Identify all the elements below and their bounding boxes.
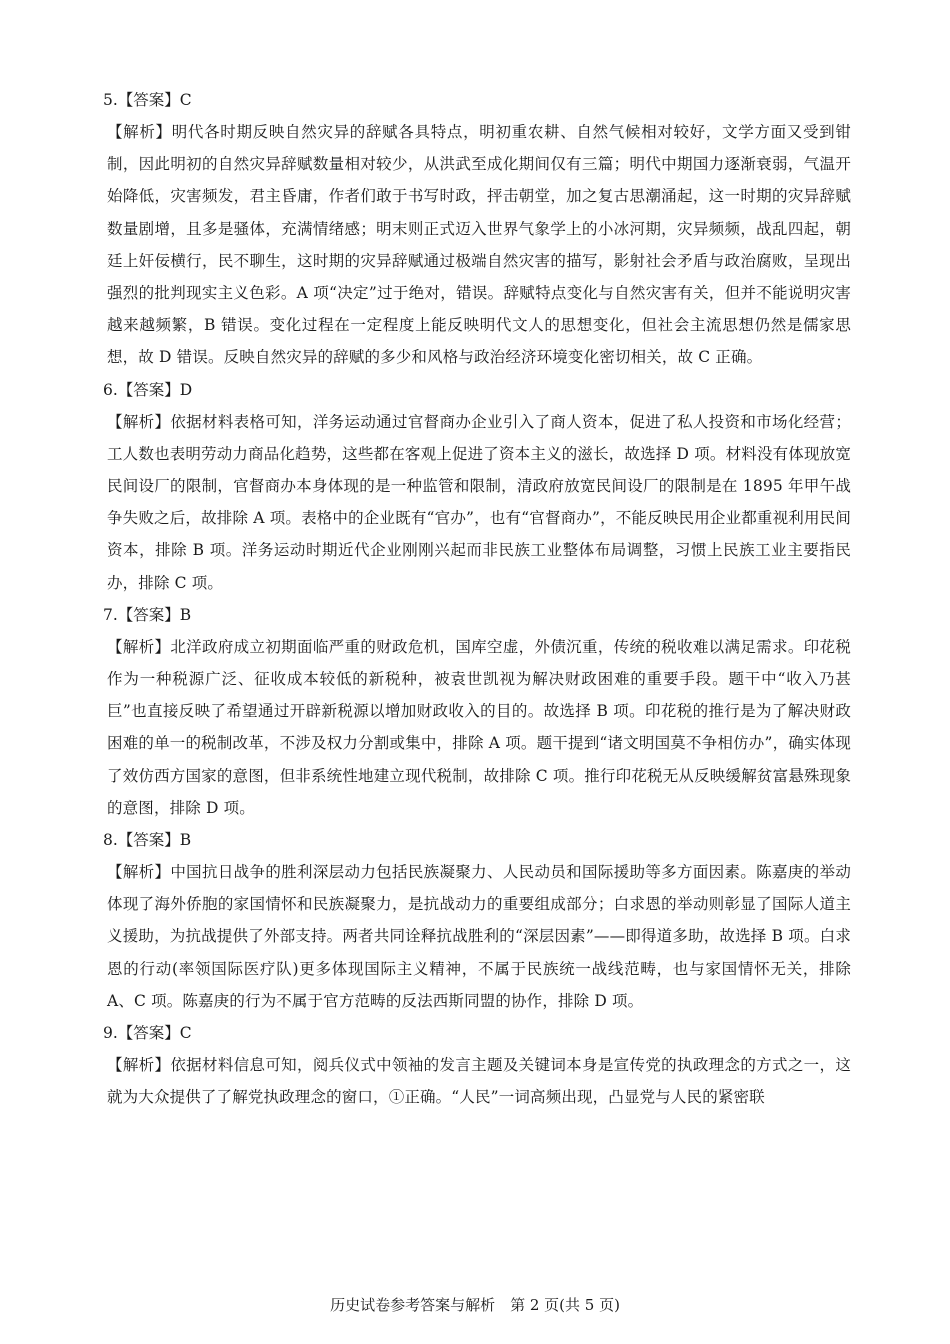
analysis-text: 【解析】明代各时期反映自然灾异的辞赋各具特点，明初重农耕、自然气候相对较好，文学… — [107, 116, 851, 374]
answer-label: 6.【答案】D — [103, 374, 851, 406]
analysis-text: 【解析】依据材料表格可知，洋务运动通过官督商办企业引入了商人资本，促进了私人投资… — [107, 406, 851, 599]
question-6: 6.【答案】D 【解析】依据材料表格可知，洋务运动通过官督商办企业引入了商人资本… — [103, 374, 851, 599]
answer-label: 5.【答案】C — [103, 84, 851, 116]
question-8: 8.【答案】B 【解析】中国抗日战争的胜利深层动力包括民族凝聚力、人民动员和国际… — [103, 824, 851, 1017]
analysis-text: 【解析】依据材料信息可知，阅兵仪式中领袖的发言主题及关键词本身是宣传党的执政理念… — [107, 1049, 851, 1113]
analysis-text: 【解析】中国抗日战争的胜利深层动力包括民族凝聚力、人民动员和国际援助等多方面因素… — [107, 856, 851, 1017]
question-5: 5.【答案】C 【解析】明代各时期反映自然灾异的辞赋各具特点，明初重农耕、自然气… — [103, 84, 851, 374]
answer-key-page: 5.【答案】C 【解析】明代各时期反映自然灾异的辞赋各具特点，明初重农耕、自然气… — [103, 84, 851, 1113]
page-footer: 历史试卷参考答案与解析 第 2 页(共 5 页) — [0, 1294, 950, 1316]
answer-label: 7.【答案】B — [103, 599, 851, 631]
question-9: 9.【答案】C 【解析】依据材料信息可知，阅兵仪式中领袖的发言主题及关键词本身是… — [103, 1017, 851, 1113]
answer-label: 9.【答案】C — [103, 1017, 851, 1049]
question-7: 7.【答案】B 【解析】北洋政府成立初期面临严重的财政危机，国库空虚，外债沉重，… — [103, 599, 851, 824]
answer-label: 8.【答案】B — [103, 824, 851, 856]
analysis-text: 【解析】北洋政府成立初期面临严重的财政危机，国库空虚，外债沉重，传统的税收难以满… — [107, 631, 851, 824]
